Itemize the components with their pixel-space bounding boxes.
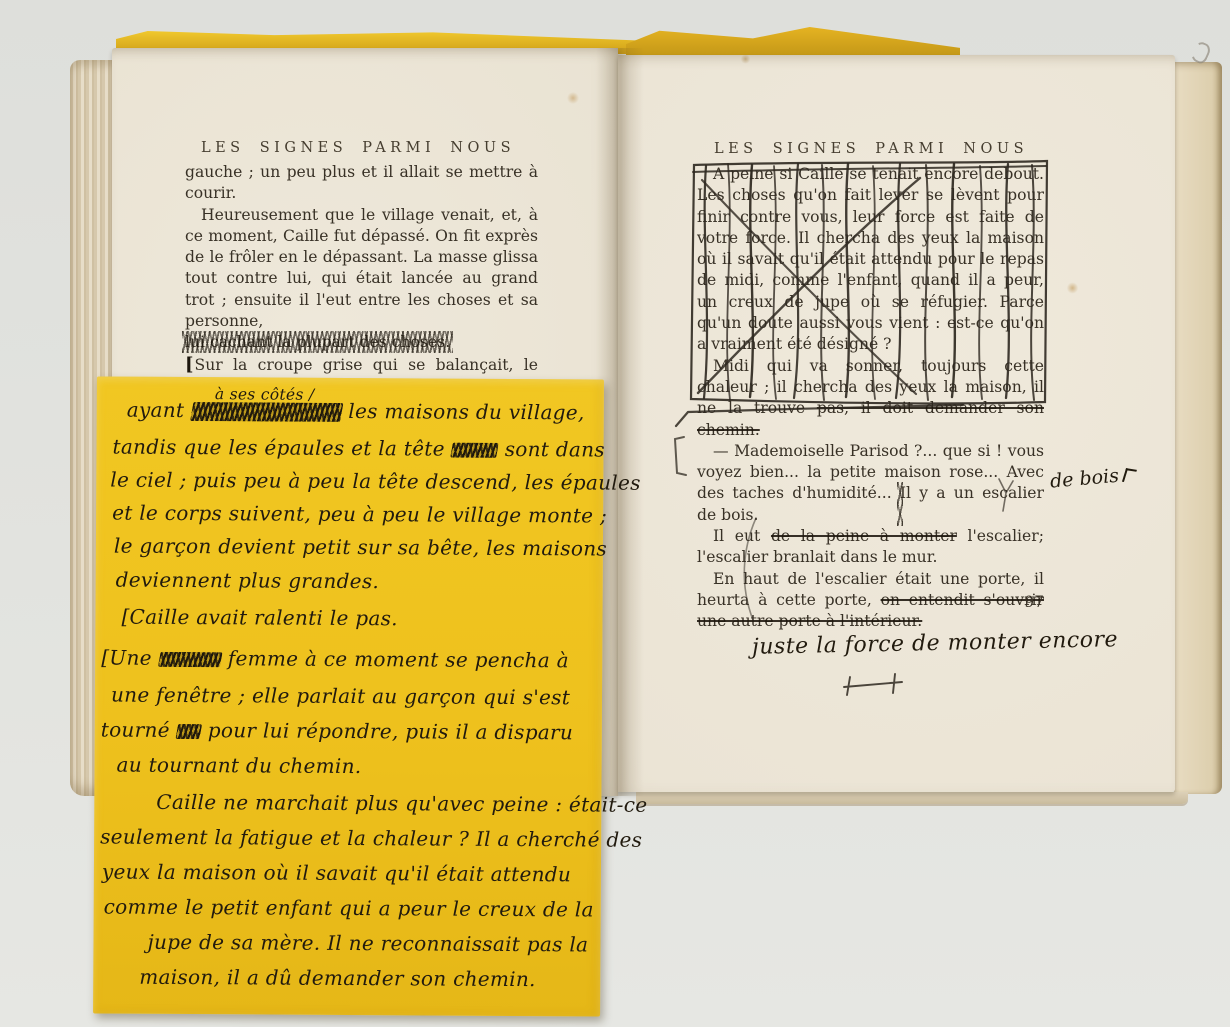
print-text: Heureusement que le village venait, et, … (185, 206, 538, 330)
foxing-stain (566, 92, 580, 104)
manuscript-line: [Caille avait ralenti le pas. (121, 604, 398, 632)
handwritten-margin-note: de bois (1049, 463, 1135, 492)
print-text: Il eut (713, 527, 771, 545)
running-header-right: LES SIGNES PARMI NOUS (698, 141, 1044, 157)
yellow-manuscript-note: à ses côtés / ayantles maisons du villag… (93, 376, 604, 1016)
manuscript-line: tournépour lui répondre, puis il a dispa… (101, 716, 573, 745)
manuscript-line: le garçon devient petit sur sa bête, les… (114, 533, 607, 562)
manuscript-text: et le corps suivent, peu à peu le villag… (112, 501, 607, 528)
manuscript-text: tourné (101, 717, 170, 741)
page-number: 97 (697, 593, 1044, 611)
manuscript-text: le ciel ; puis peu à peu la tête descend… (110, 468, 641, 495)
manuscript-line: et le corps suivent, peu à peu le villag… (112, 500, 607, 529)
paragraph: Midi qui va sonner, toujours cette chale… (697, 356, 1044, 441)
manuscript-text: jupe de sa mère. Il ne reconnaissait pas… (147, 930, 588, 957)
insertion-caret (1122, 468, 1137, 483)
margin-note-text: de bois (1049, 465, 1120, 493)
manuscript-text: femme à ce moment se pencha à (228, 646, 569, 672)
ink-scribble-mark (190, 402, 343, 422)
manuscript-text: pour lui répondre, puis il a disparu (208, 718, 573, 744)
manuscript-text: [Caille avait ralenti le pas. (121, 605, 398, 631)
foxing-stain (740, 54, 751, 64)
bottom-page-edge (636, 792, 1188, 804)
manuscript-line: [Unefemme à ce moment se pencha à (101, 644, 569, 673)
paragraph: gauche ; un peu plus et il allait se met… (185, 162, 538, 205)
ink-scribble-mark (175, 724, 202, 739)
paragraph: — Mademoiselle Parisod ?... que si ! vou… (697, 441, 1044, 526)
manuscript-text: le garçon devient petit sur sa bête, les… (114, 534, 607, 561)
manuscript-text: une fenêtre ; elle parlait au garçon qui… (111, 683, 570, 710)
manuscript-text: sont dans (505, 437, 605, 462)
paragraph-crossed-out: A peine si Caille se tenait encore debou… (697, 164, 1044, 356)
right-page: LES SIGNES PARMI NOUS A peine si Caille … (618, 55, 1175, 792)
manuscript-line: deviennent plus grandes. (116, 567, 380, 595)
manuscript-text: tandis que les épaules et la tête (112, 435, 444, 461)
ink-scribble-mark (157, 652, 222, 667)
manuscript-line: seulement la fatigue et la chaleur ? Il … (100, 823, 642, 852)
manuscript-text: maison, il a dû demander son chemin. (139, 965, 536, 991)
manuscript-text: Caille ne marchait plus qu'avec peine : … (156, 790, 647, 817)
manuscript-line: au tournant du chemin. (117, 752, 362, 779)
manuscript-text: les maisons du village, (348, 399, 584, 424)
photo-background: LES SIGNES PARMI NOUS gauche ; un peu pl… (0, 0, 1230, 1027)
manuscript-text: [Une (101, 645, 152, 669)
manuscript-text: au tournant du chemin. (117, 753, 362, 778)
manuscript-line: yeux la maison où il savait qu'il était … (102, 858, 571, 887)
manuscript-line: Caille ne marchait plus qu'avec peine : … (156, 789, 647, 818)
manuscript-text: yeux la maison où il savait qu'il était … (102, 859, 571, 886)
manuscript-text: seulement la fatigue et la chaleur ? Il … (100, 824, 642, 851)
manuscript-text: comme le petit enfant qui a peur le creu… (104, 895, 594, 922)
manuscript-line: une fenêtre ; elle parlait au garçon qui… (111, 682, 570, 711)
struck-text: de la peine à monter (771, 527, 957, 545)
foxing-stain (1066, 282, 1079, 294)
manuscript-line: tandis que les épaules et la têtesont da… (112, 434, 605, 463)
running-header-left: LES SIGNES PARMI NOUS (178, 140, 538, 156)
manuscript-line: le ciel ; puis peu à peu la tête descend… (110, 467, 641, 496)
ink-bracket-mark: [ (185, 354, 194, 375)
paragraph: Il eut de la peine à monter l'escalier; … (697, 526, 1044, 569)
paragraph: Heureusement que le village venait, et, … (185, 205, 538, 354)
scribbled-out-line: lui cachant la plupart des choses. (185, 333, 450, 351)
manuscript-text: ayant (127, 398, 185, 422)
print-text: gauche ; un peu plus et il allait se met… (185, 163, 538, 202)
manuscript-line: comme le petit enfant qui a peur le creu… (104, 894, 594, 923)
print-text: A peine si Caille se tenait encore debou… (697, 165, 1044, 353)
right-page-text: A peine si Caille se tenait encore debou… (697, 164, 1044, 633)
ink-scribble-mark (450, 443, 499, 458)
manuscript-line: maison, il a dû demander son chemin. (139, 964, 536, 992)
manuscript-line: ayantles maisons du village, (127, 397, 585, 426)
manuscript-text: deviennent plus grandes. (116, 568, 380, 594)
manuscript-line: jupe de sa mère. Il ne reconnaissait pas… (147, 929, 588, 958)
page-edge-right (1174, 62, 1222, 794)
